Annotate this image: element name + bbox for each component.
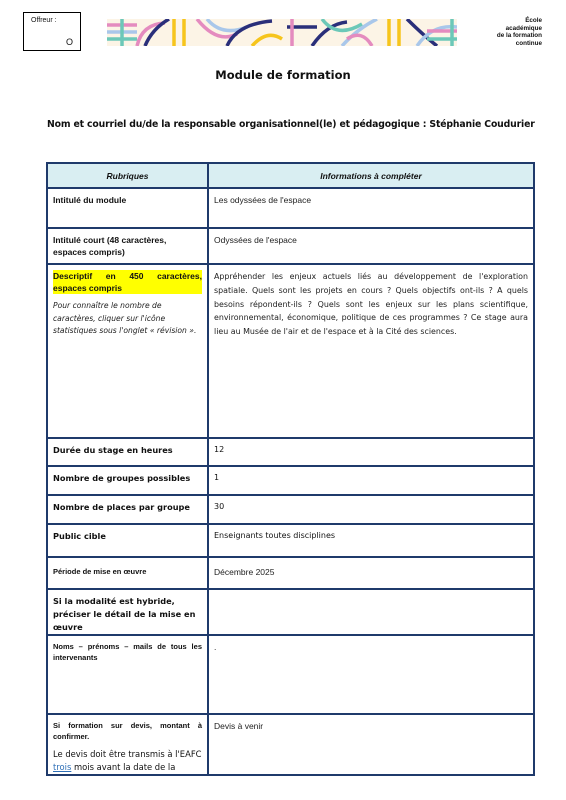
table-row: Si la modalité est hybride, préciser le … <box>47 589 534 635</box>
decorative-banner <box>107 19 457 46</box>
row-value[interactable]: Enseignants toutes disciplines <box>208 524 534 557</box>
school-line: École <box>497 17 542 25</box>
table-row: Durée du stage en heures 12 <box>47 438 534 466</box>
column-header-informations: Informations à compléter <box>208 163 534 188</box>
table-header-row: Rubriques Informations à compléter <box>47 163 534 188</box>
school-logo-text: École académique de la formation continu… <box>497 17 542 47</box>
devis-note: Le devis doit être transmis à l'EAFC tro… <box>53 748 202 774</box>
row-label: Si formation sur devis, montant à confir… <box>53 720 202 742</box>
responsable-line: Nom et courriel du/de la responsable org… <box>47 119 535 130</box>
row-value[interactable]: . <box>208 635 534 714</box>
table-row: Intitulé du module Les odyssées de l'esp… <box>47 188 534 228</box>
row-value[interactable]: Appréhender les enjeux actuels liés au d… <box>208 264 534 438</box>
school-line: continue <box>497 40 542 48</box>
note-text: Le devis doit être transmis à l'EAFC <box>53 749 201 759</box>
row-label: Période de mise en œuvre <box>47 557 208 589</box>
row-label-cell: Descriptif en 450 caractères, espaces co… <box>47 264 208 438</box>
table-row: Nombre de groupes possibles 1 <box>47 466 534 495</box>
document-title: Module de formation <box>0 68 566 82</box>
table-row: Public cible Enseignants toutes discipli… <box>47 524 534 557</box>
offreur-label: Offreur : <box>31 17 57 24</box>
row-value[interactable]: 1 <box>208 466 534 495</box>
note-link[interactable]: trois <box>53 762 71 772</box>
module-form-table: Rubriques Informations à compléter Intit… <box>46 162 535 776</box>
row-value[interactable]: Odyssées de l'espace <box>208 228 534 264</box>
table-row: Intitulé court (48 caractères, espaces c… <box>47 228 534 264</box>
row-value[interactable]: 30 <box>208 495 534 524</box>
row-label: Si la modalité est hybride, préciser le … <box>47 589 208 635</box>
table-row: Période de mise en œuvre Décembre 2025 <box>47 557 534 589</box>
table-row: Si formation sur devis, montant à confir… <box>47 714 534 775</box>
school-line: de la formation <box>497 32 542 40</box>
banner-pattern-icon <box>107 19 457 46</box>
row-value[interactable]: Devis à venir <box>208 714 534 775</box>
row-value[interactable]: Décembre 2025 <box>208 557 534 589</box>
row-label-cell: Si formation sur devis, montant à confir… <box>47 714 208 775</box>
column-header-rubriques: Rubriques <box>47 163 208 188</box>
row-value[interactable] <box>208 589 534 635</box>
row-label: Nombre de groupes possibles <box>47 466 208 495</box>
offreur-box: Offreur : O <box>23 12 81 51</box>
row-label: Intitulé court (48 caractères, espaces c… <box>47 228 208 264</box>
row-value[interactable]: 12 <box>208 438 534 466</box>
row-label: Intitulé du module <box>47 188 208 228</box>
table-row: Descriptif en 450 caractères, espaces co… <box>47 264 534 438</box>
row-label: Noms – prénoms – mails de tous les inter… <box>47 635 208 714</box>
offreur-value: O <box>66 37 73 47</box>
row-hint: Pour connaître le nombre de caractères, … <box>53 300 202 338</box>
row-value[interactable]: Les odyssées de l'espace <box>208 188 534 228</box>
note-text: mois avant la date de la <box>71 762 175 772</box>
row-label: Durée du stage en heures <box>47 438 208 466</box>
table-row: Noms – prénoms – mails de tous les inter… <box>47 635 534 714</box>
row-label-highlighted: Descriptif en 450 caractères, espaces co… <box>53 270 202 294</box>
school-line: académique <box>497 25 542 33</box>
table-row: Nombre de places par groupe 30 <box>47 495 534 524</box>
row-label: Nombre de places par groupe <box>47 495 208 524</box>
row-label: Public cible <box>47 524 208 557</box>
